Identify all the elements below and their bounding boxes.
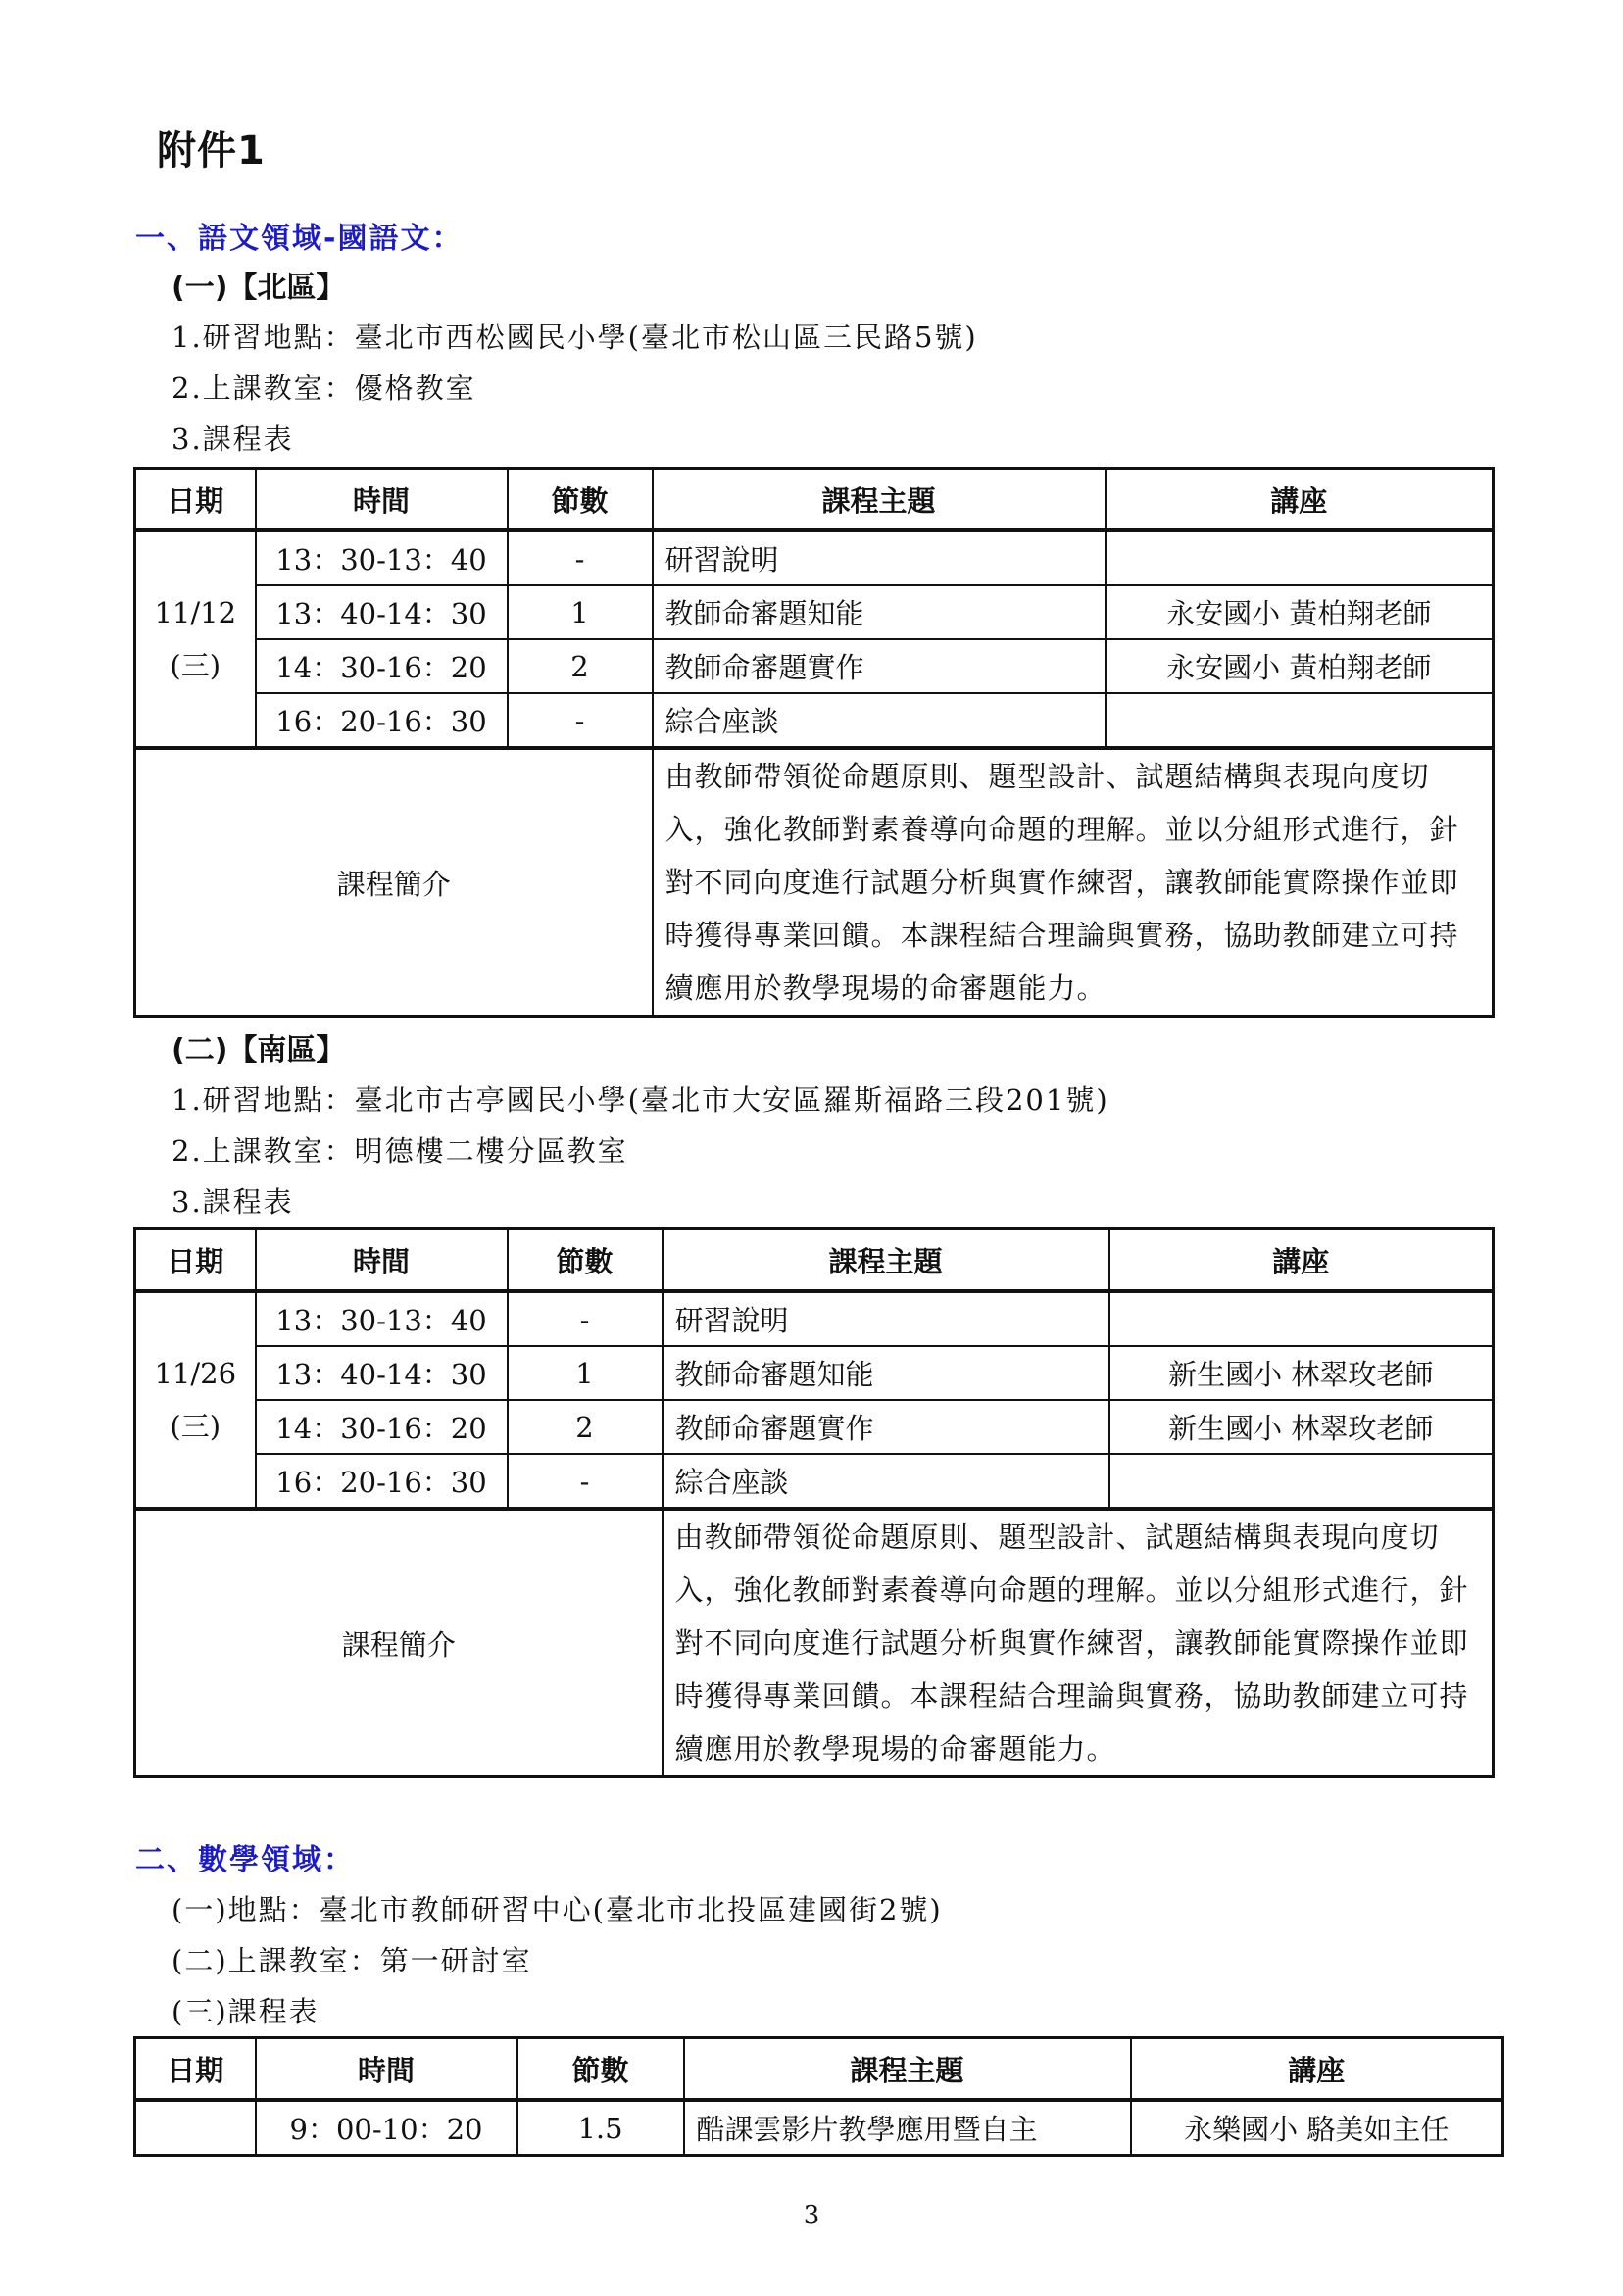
header-periods: 節數 — [517, 2038, 684, 2101]
speaker-cell — [1109, 1291, 1494, 1346]
intro-text: 由教師帶領從命題原則、題型設計、試題結構與表現向度切入，強化教師對素養導向命題的… — [653, 748, 1494, 1017]
periods-cell: 1 — [508, 1346, 663, 1400]
intro-text: 由教師帶領從命題原則、題型設計、試題結構與表現向度切入，強化教師對素養導向命題的… — [663, 1509, 1494, 1777]
header-periods: 節數 — [508, 1229, 663, 1292]
header-time: 時間 — [256, 469, 508, 531]
time-cell: 16：20-16：30 — [256, 693, 508, 748]
table-row: 11/12 (三) 13：30-13：40 - 研習說明 — [135, 530, 1494, 585]
subsection-heading-north: (一)【北區】 — [172, 263, 345, 306]
header-periods: 節數 — [508, 469, 653, 531]
table-row: 14：30-16：20 2 教師命審題實作 新生國小 林翠玫老師 — [135, 1400, 1494, 1454]
speaker-cell — [1109, 1454, 1494, 1509]
north-classroom: 2.上課教室：優格教室 — [172, 367, 476, 407]
table-row: 14：30-16：20 2 教師命審題實作 永安國小 黃柏翔老師 — [135, 639, 1494, 693]
intro-row: 課程簡介 由教師帶領從命題原則、題型設計、試題結構與表現向度切入，強化教師對素養… — [135, 1509, 1494, 1777]
periods-cell: 1.5 — [517, 2100, 684, 2156]
page-number: 3 — [0, 2201, 1623, 2230]
topic-cell: 綜合座談 — [663, 1454, 1109, 1509]
section-heading-chinese: 一、語文領域-國語文： — [135, 214, 463, 257]
header-speaker: 講座 — [1106, 469, 1494, 531]
speaker-cell: 永樂國小 駱美如主任 — [1131, 2100, 1503, 2156]
topic-cell: 研習說明 — [653, 530, 1106, 585]
table-row: 13：40-14：30 1 教師命審題知能 新生國小 林翠玫老師 — [135, 1346, 1494, 1400]
intro-label: 課程簡介 — [135, 1509, 663, 1777]
header-time: 時間 — [256, 2038, 517, 2101]
speaker-cell — [1106, 530, 1494, 585]
topic-cell: 教師命審題知能 — [663, 1346, 1109, 1400]
header-topic: 課程主題 — [684, 2038, 1131, 2101]
page-title: 附件1 — [157, 120, 266, 175]
periods-cell: 1 — [508, 585, 653, 639]
periods-cell: - — [508, 1454, 663, 1509]
intro-row: 課程簡介 由教師帶領從命題原則、題型設計、試題結構與表現向度切入，強化教師對素養… — [135, 748, 1494, 1017]
time-cell: 13：40-14：30 — [256, 1346, 508, 1400]
north-schedule-table: 日期 時間 節數 課程主題 講座 11/12 (三) 13：30-13：40 -… — [133, 467, 1495, 1018]
topic-cell: 研習說明 — [663, 1291, 1109, 1346]
date: 11/26 — [136, 1347, 255, 1400]
intro-label: 課程簡介 — [135, 748, 653, 1017]
math-classroom: (二)上課教室：第一研討室 — [172, 1939, 532, 1979]
periods-cell: 2 — [508, 639, 653, 693]
table-header-row: 日期 時間 節數 課程主題 講座 — [135, 469, 1494, 531]
time-cell: 14：30-16：20 — [256, 639, 508, 693]
table-row: 11/26 (三) 13：30-13：40 - 研習說明 — [135, 1291, 1494, 1346]
header-date: 日期 — [135, 1229, 256, 1292]
time-cell: 13：30-13：40 — [256, 1291, 508, 1346]
header-speaker: 講座 — [1131, 2038, 1503, 2101]
periods-cell: - — [508, 1291, 663, 1346]
table-row: 16：20-16：30 - 綜合座談 — [135, 1454, 1494, 1509]
header-date: 日期 — [135, 469, 256, 531]
periods-cell: - — [508, 693, 653, 748]
time-cell: 9：00-10：20 — [256, 2100, 517, 2156]
south-classroom: 2.上課教室：明德樓二樓分區教室 — [172, 1129, 628, 1170]
topic-cell: 教師命審題實作 — [653, 639, 1106, 693]
math-location: (一)地點：臺北市教師研習中心(臺北市北投區建國街2號) — [172, 1888, 943, 1928]
table-row: 13：40-14：30 1 教師命審題知能 永安國小 黃柏翔老師 — [135, 585, 1494, 639]
math-schedule-table: 日期 時間 節數 課程主題 講座 9：00-10：20 1.5 酷課雲影片教學應… — [133, 2036, 1504, 2157]
speaker-cell: 新生國小 林翠玫老師 — [1109, 1346, 1494, 1400]
date-cell — [135, 2100, 256, 2156]
speaker-cell: 永安國小 黃柏翔老師 — [1106, 585, 1494, 639]
speaker-cell — [1106, 693, 1494, 748]
topic-cell: 綜合座談 — [653, 693, 1106, 748]
speaker-cell: 新生國小 林翠玫老師 — [1109, 1400, 1494, 1454]
table-header-row: 日期 時間 節數 課程主題 講座 — [135, 2038, 1503, 2101]
section-heading-math: 二、數學領域： — [135, 1835, 355, 1878]
south-location: 1.研習地點：臺北市古亭國民小學(臺北市大安區羅斯福路三段201號) — [172, 1078, 1109, 1119]
topic-cell: 教師命審題知能 — [653, 585, 1106, 639]
date-cell: 11/26 (三) — [135, 1291, 256, 1509]
weekday: (三) — [136, 639, 255, 692]
south-schedule-label: 3.課程表 — [172, 1180, 294, 1221]
south-schedule-table: 日期 時間 節數 課程主題 講座 11/26 (三) 13：30-13：40 -… — [133, 1227, 1495, 1778]
math-schedule-label: (三)課程表 — [172, 1990, 320, 2030]
time-cell: 13：40-14：30 — [256, 585, 508, 639]
table-row: 16：20-16：30 - 綜合座談 — [135, 693, 1494, 748]
weekday: (三) — [136, 1400, 255, 1453]
date: 11/12 — [136, 586, 255, 639]
time-cell: 13：30-13：40 — [256, 530, 508, 585]
subsection-heading-south: (二)【南區】 — [172, 1025, 345, 1069]
header-topic: 課程主題 — [663, 1229, 1109, 1292]
north-schedule-label: 3.課程表 — [172, 418, 294, 458]
speaker-cell: 永安國小 黃柏翔老師 — [1106, 639, 1494, 693]
header-speaker: 講座 — [1109, 1229, 1494, 1292]
table-row: 9：00-10：20 1.5 酷課雲影片教學應用暨自主 永樂國小 駱美如主任 — [135, 2100, 1503, 2156]
time-cell: 14：30-16：20 — [256, 1400, 508, 1454]
header-time: 時間 — [256, 1229, 508, 1292]
topic-cell: 教師命審題實作 — [663, 1400, 1109, 1454]
periods-cell: 2 — [508, 1400, 663, 1454]
periods-cell: - — [508, 530, 653, 585]
table-header-row: 日期 時間 節數 課程主題 講座 — [135, 1229, 1494, 1292]
time-cell: 16：20-16：30 — [256, 1454, 508, 1509]
header-date: 日期 — [135, 2038, 256, 2101]
header-topic: 課程主題 — [653, 469, 1106, 531]
topic-cell: 酷課雲影片教學應用暨自主 — [684, 2100, 1131, 2156]
date-cell: 11/12 (三) — [135, 530, 256, 748]
north-location: 1.研習地點：臺北市西松國民小學(臺北市松山區三民路5號) — [172, 316, 978, 356]
